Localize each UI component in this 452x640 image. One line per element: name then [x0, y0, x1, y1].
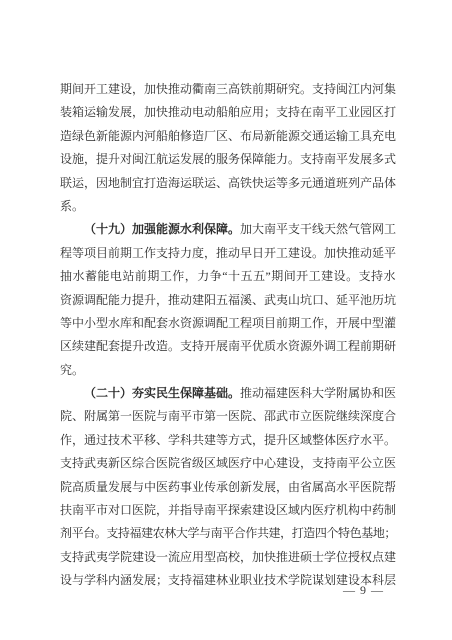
text-line: 等中小型水库和配套水资源调配工程项目前期工作，开展中型灌 [60, 312, 396, 335]
text-line: （二十）夯实民生保障基础。推动福建医科大学附属协和医 [60, 382, 396, 405]
section-heading: （二十）夯实民生保障基础。 [84, 386, 240, 400]
line-text: 抽水蓄能电站前期工作，力争“十五五”期间开工建设。支持水 [60, 269, 396, 283]
line-text: 支持武夷学院建设一流应用型高校，加快推进硕士学位授权点建 [60, 550, 396, 564]
document-page: 期间开工建设，加快推动衢南三高铁前期研究。支持闽江内河集装箱运输发展，加快推动电… [0, 0, 452, 640]
line-text: 等中小型水库和配套水资源调配工程项目前期工作，开展中型灌 [60, 316, 396, 330]
text-line: （十九）加强能源水利保障。加大南平支干线天然气管网工 [60, 218, 396, 241]
line-text: 加大南平支干线天然气管网工 [240, 222, 396, 236]
line-text: 装箱运输发展，加快推动电动船舶应用；支持在南平工业园区打 [60, 105, 396, 119]
text-line: 期间开工建设，加快推动衢南三高铁前期研究。支持闽江内河集 [60, 78, 396, 101]
line-text: 资源调配能力提升，推动建阳五福溪、武夷山坑口、延平池历坑 [60, 293, 396, 307]
line-text: 联运，因地制宜打造海运联运、高铁快运等多元通道班列产品体 [60, 176, 396, 190]
text-line: 究。 [60, 359, 396, 382]
line-text: 扶南平市对口医院，并指导南平探索建设区域内医疗机构中药制 [60, 503, 396, 517]
text-line: 作，通过技术平移、学科共建等方式，提升区域整体医疗水平。 [60, 429, 396, 452]
section-heading: （十九）加强能源水利保障。 [84, 222, 240, 236]
text-line: 院高质量发展与中医药事业传承创新发展，由省属高水平医院帮 [60, 476, 396, 499]
text-line: 抽水蓄能电站前期工作，力争“十五五”期间开工建设。支持水 [60, 265, 396, 288]
line-text: 程等项目前期工作支持力度，推动早日开工建设。加快推动延平 [60, 246, 396, 260]
line-text: 院、附属第一医院与南平市第一医院、邵武市立医院继续深度合 [60, 409, 396, 423]
text-line: 设施，提升对闽江航运发展的服务保障能力。支持南平发展多式 [60, 148, 396, 171]
text-line: 程等项目前期工作支持力度，推动早日开工建设。加快推动延平 [60, 242, 396, 265]
line-text: 剂平台。支持福建农林大学与南平合作共建，打造四个特色基地； [60, 526, 396, 540]
text-line: 联运，因地制宜打造海运联运、高铁快运等多元通道班列产品体 [60, 172, 396, 195]
line-text: 院高质量发展与中医药事业传承创新发展，由省属高水平医院帮 [60, 480, 396, 494]
line-text: 推动福建医科大学附属协和医 [240, 386, 396, 400]
text-line: 装箱运输发展，加快推动电动船舶应用；支持在南平工业园区打 [60, 101, 396, 124]
page-number: — 9 — [343, 583, 384, 598]
text-line: 系。 [60, 195, 396, 218]
line-text: 区续建配套提升改造。支持开展南平优质水资源外调工程前期研 [60, 339, 396, 353]
line-text: 设施，提升对闽江航运发展的服务保障能力。支持南平发展多式 [60, 152, 396, 166]
paragraph-section-20-livelihood: （二十）夯实民生保障基础。推动福建医科大学附属协和医院、附属第一医院与南平市第一… [60, 382, 396, 593]
line-text: 系。 [60, 199, 84, 213]
text-line: 资源调配能力提升，推动建阳五福溪、武夷山坑口、延平池历坑 [60, 289, 396, 312]
line-text: 究。 [60, 363, 84, 377]
text-line: 院、附属第一医院与南平市第一医院、邵武市立医院继续深度合 [60, 405, 396, 428]
document-body: 期间开工建设，加快推动衢南三高铁前期研究。支持闽江内河集装箱运输发展，加快推动电… [60, 78, 396, 593]
text-line: 支持武夷学院建设一流应用型高校，加快推进硕士学位授权点建 [60, 546, 396, 569]
paragraph-section-19-energy-water: （十九）加强能源水利保障。加大南平支干线天然气管网工程等项目前期工作支持力度，推… [60, 218, 396, 382]
text-line: 剂平台。支持福建农林大学与南平合作共建，打造四个特色基地； [60, 522, 396, 545]
text-line: 支持武夷新区综合医院省级区域医疗中心建设，支持南平公立医 [60, 452, 396, 475]
line-text: 作，通过技术平移、学科共建等方式，提升区域整体医疗水平。 [60, 433, 396, 447]
paragraph-transport-logistics-continuation: 期间开工建设，加快推动衢南三高铁前期研究。支持闽江内河集装箱运输发展，加快推动电… [60, 78, 396, 218]
text-line: 扶南平市对口医院，并指导南平探索建设区域内医疗机构中药制 [60, 499, 396, 522]
text-line: 区续建配套提升改造。支持开展南平优质水资源外调工程前期研 [60, 335, 396, 358]
text-line: 造绿色新能源内河船舶修造厂区、布局新能源交通运输工具充电 [60, 125, 396, 148]
line-text: 支持武夷新区综合医院省级区域医疗中心建设，支持南平公立医 [60, 456, 396, 470]
line-text: 造绿色新能源内河船舶修造厂区、布局新能源交通运输工具充电 [60, 129, 396, 143]
line-text: 期间开工建设，加快推动衢南三高铁前期研究。支持闽江内河集 [60, 82, 396, 96]
